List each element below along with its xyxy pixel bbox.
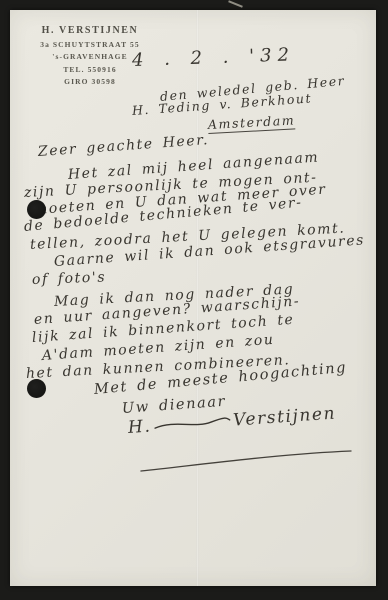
addressee-city: Amsterdam bbox=[208, 112, 296, 134]
signature-flourish bbox=[138, 446, 354, 478]
handwritten-date: 4 . 2 . '32 bbox=[132, 44, 296, 71]
hole-punch bbox=[27, 379, 46, 398]
letterhead-giro: GIRO 30598 bbox=[26, 77, 154, 86]
hole-punch bbox=[27, 200, 46, 219]
letterhead-street: 3a SCHUYTSTRAAT 55 bbox=[26, 40, 154, 49]
body-line: of foto's bbox=[32, 269, 107, 288]
salutation: Zeer geachte Heer. bbox=[37, 132, 209, 160]
letter-page: H. VERSTIJNEN 3a SCHUYTSTRAAT 55 's-GRAV… bbox=[10, 10, 376, 586]
signature-initial: H. bbox=[127, 416, 152, 438]
signature-name: Verstijnen bbox=[232, 403, 336, 430]
letterhead-name: H. VERSTIJNEN bbox=[26, 25, 154, 36]
paper-edge-tear bbox=[228, 0, 243, 7]
signature-swoosh bbox=[153, 414, 232, 433]
